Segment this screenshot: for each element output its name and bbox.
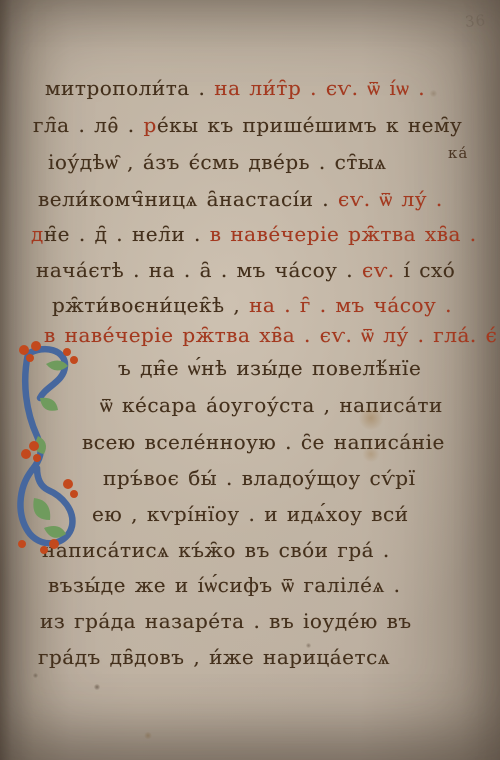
manuscript-line: гра́дъ дв̑довъ , и́же нарица́етсѧ: [38, 645, 390, 670]
text-segment: ъ дн̑е ѡ́нѣ изы́де повелѣ́нїе: [118, 356, 421, 380]
text-segment: рж̑ти́воєни́цек̑ѣ ,: [52, 293, 249, 317]
text-segment: іоу́дѣѡ̑ , а́зъ є́смь две́рь . ст̑ыѧ: [48, 150, 387, 174]
manuscript-line: пръ́воє бы́ . владоу́щоу сѵ́рї: [103, 466, 415, 490]
text-segment: написа́тисѧ къ́ж̑о въ сво́и гра́ .: [42, 538, 390, 562]
manuscript-line: дн̑е . д̑ . нел̑и . в наве́черіе рж̑тва …: [31, 222, 477, 246]
text-segment: в наве́черіе рж̑тва хв̑а .: [210, 222, 477, 246]
text-segment: из гра́да назаре́та . въ іоуде́ю въ: [40, 609, 412, 633]
text-segment: і́ схо́: [403, 258, 455, 282]
text-segment: вели́комч̑ницѧ а̑настасі́и .: [38, 187, 338, 211]
manuscript-line: митрополи́та . на ли́т̑р . єѵ. ѿ і́ѡ .: [45, 76, 425, 101]
manuscript-line: всею вселе́нноую . с̑е написа́ніе: [82, 430, 445, 454]
text-segment: д: [31, 222, 44, 246]
text-segment: пръ́воє бы́ . владоу́щоу сѵ́рї: [103, 466, 415, 490]
manuscript-line: възы́де же и і́ѡ́сифъ ѿ галіле́ѧ .: [48, 573, 401, 598]
text-segment: гл̑а . лѳ̑ .: [33, 113, 144, 137]
manuscript-line: ѿ ке́сара а́оугоу́ста , написа́ти: [100, 393, 443, 418]
text-segment: възы́де же и і́ѡ́сифъ ѿ галіле́ѧ .: [48, 573, 401, 597]
text-segment: е́кы къ прише́шимъ к нем̑у: [157, 113, 463, 137]
manuscript-line: ею , кѵрі́нїоу . и идѧ́хоу вси́: [92, 502, 409, 527]
text-segment: єѵ.: [362, 258, 403, 282]
manuscript-line: в наве́черіе рж̑тва хв̑а . єѵ. ѿ лу́ . г…: [44, 323, 497, 348]
text-segment: ею , кѵрі́нїоу . и идѧ́хоу вси́: [92, 502, 409, 526]
folio-number: 36: [464, 11, 487, 31]
text-segment: нача́єтѣ . на . а̑ . мъ ча́соу .: [36, 258, 362, 282]
manuscript-line: гл̑а . лѳ̑ . ре́кы къ прише́шимъ к нем̑у: [33, 113, 462, 137]
manuscript-page-photo: 36 ка́ митрополи́та . на ли́т̑р . єѵ. ѿ …: [0, 0, 500, 760]
parchment-speck: [94, 684, 100, 690]
text-segment: гра́дъ дв̑довъ , и́же нарица́етсѧ: [38, 645, 390, 669]
parchment-speck: [144, 732, 152, 739]
text-segment: в наве́черіе рж̑тва хв̑а . єѵ. ѿ лу́ . г…: [44, 323, 497, 347]
text-segment: р: [144, 113, 157, 137]
illuminated-initial-v: [10, 338, 80, 558]
text-segment: ѿ ке́сара а́оугоу́ста , написа́ти: [100, 393, 443, 417]
manuscript-line: написа́тисѧ къ́ж̑о въ сво́и гра́ .: [42, 538, 390, 563]
parchment-speck: [33, 673, 38, 678]
text-segment: на . г̑ . мъ ча́соу .: [249, 293, 452, 317]
text-segment: на ли́т̑р . єѵ. ѿ і́ѡ .: [214, 76, 425, 100]
manuscript-line: іоу́дѣѡ̑ , а́зъ є́смь две́рь . ст̑ыѧ: [48, 150, 387, 175]
manuscript-line: нача́єтѣ . на . а̑ . мъ ча́соу . єѵ. і́ …: [36, 258, 455, 282]
text-segment: митрополи́та .: [45, 76, 214, 100]
parchment-speck: [430, 90, 437, 97]
text-segment: всею вселе́нноую . с̑е написа́ніе: [82, 430, 445, 454]
manuscript-line: из гра́да назаре́та . въ іоуде́ю въ: [40, 609, 412, 633]
manuscript-line: вели́комч̑ницѧ а̑настасі́и . єѵ. ѿ лу́ .: [38, 187, 443, 212]
text-segment: н̑е . д̑ . нел̑и .: [44, 222, 210, 246]
margin-gloss: ка́: [448, 144, 468, 162]
manuscript-line: ъ дн̑е ѡ́нѣ изы́де повелѣ́нїе: [118, 356, 421, 381]
manuscript-line: рж̑ти́воєни́цек̑ѣ , на . г̑ . мъ ча́соу …: [52, 293, 452, 317]
text-segment: єѵ. ѿ лу́ .: [338, 187, 443, 211]
